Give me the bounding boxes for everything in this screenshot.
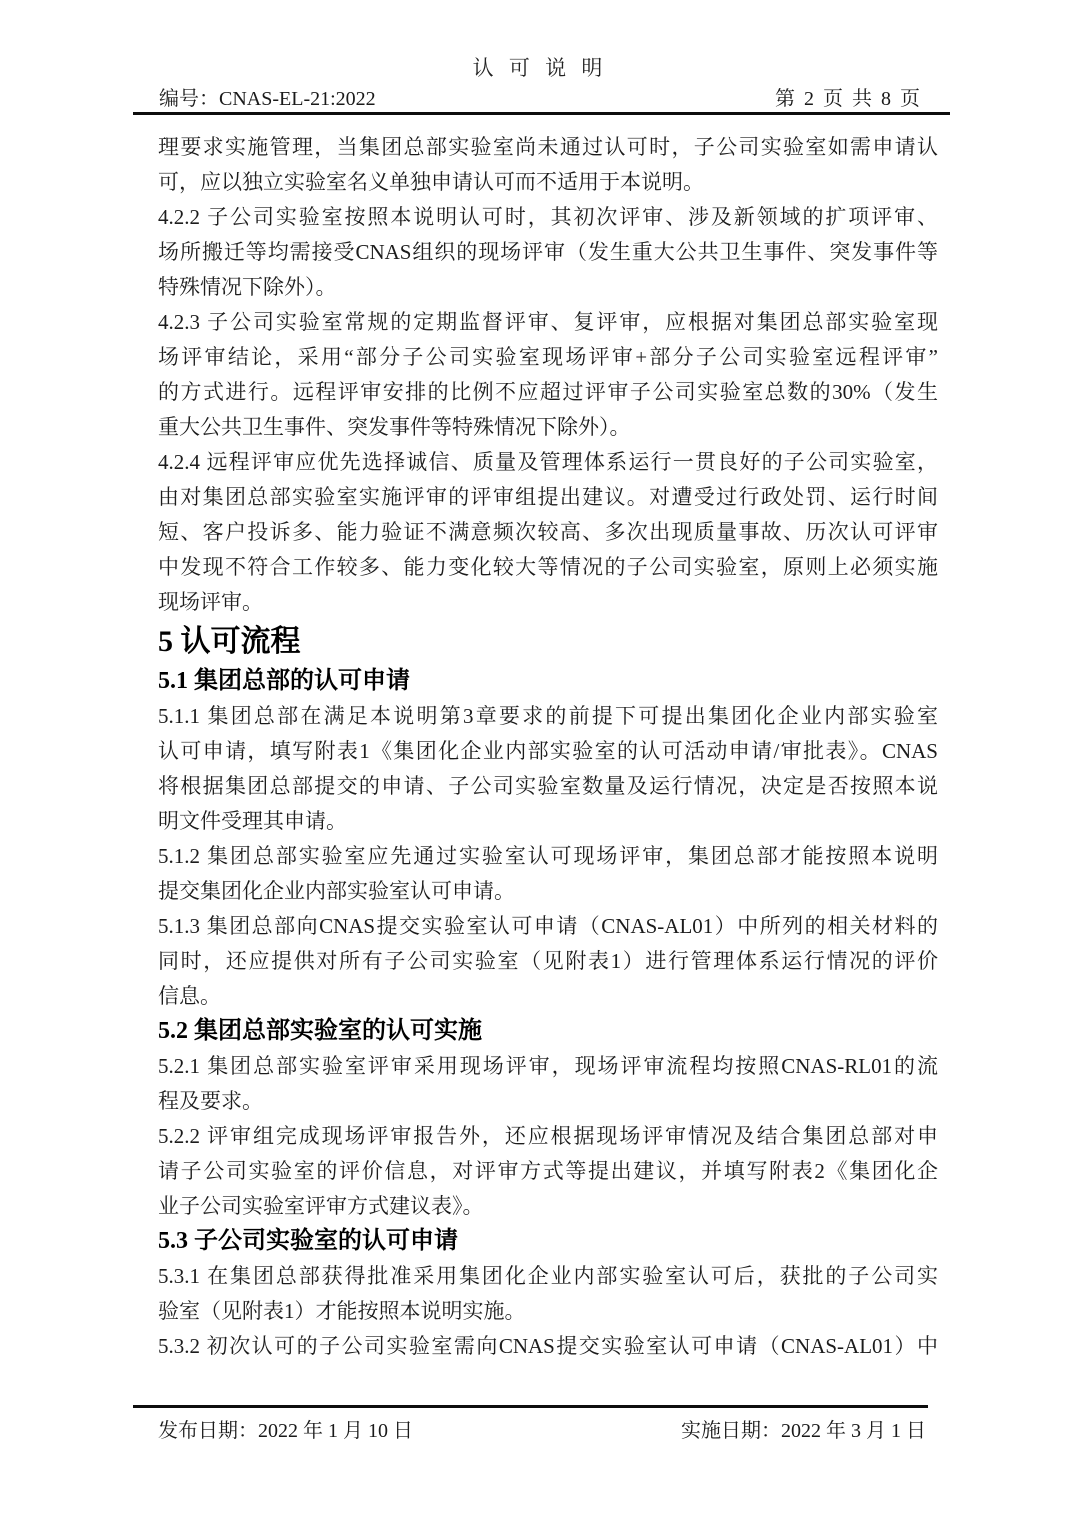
body-line: 5.1.1 集团总部在满足本说明第3章要求的前提下可提出集团化企业内部实验室 — [158, 699, 938, 734]
body-line: 同时，还应提供对所有子公司实验室（见附表1）进行管理体系运行情况的评价 — [158, 944, 938, 979]
document-header: 编号：CNAS-EL-21:2022 第 2 页 共 8 页 — [133, 82, 950, 111]
body-line: 理要求实施管理，当集团总部实验室尚未通过认可时，子公司实验室如需申请认 — [158, 130, 938, 165]
document-body: 理要求实施管理，当集团总部实验室尚未通过认可时，子公司实验室如需申请认可，应以独… — [158, 130, 938, 1364]
body-line: 中发现不符合工作较多、能力变化较大等情况的子公司实验室，原则上必须实施 — [158, 550, 938, 585]
body-line: 现场评审。 — [158, 585, 938, 620]
document-page: 认 可 说 明 编号：CNAS-EL-21:2022 第 2 页 共 8 页 理… — [0, 0, 1080, 1526]
body-line: 将根据集团总部提交的申请、子公司实验室数量及运行情况，决定是否按照本说 — [158, 769, 938, 804]
body-line: 验室（见附表1）才能按照本说明实施。 — [158, 1294, 938, 1329]
header-rule — [133, 112, 950, 115]
body-line: 5.3.1 在集团总部获得批准采用集团化企业内部实验室认可后，获批的子公司实 — [158, 1259, 938, 1294]
section-heading: 5 认可流程 — [158, 620, 938, 664]
body-line: 明文件受理其申请。 — [158, 804, 938, 839]
section-heading: 5.3 子公司实验室的认可申请 — [158, 1224, 938, 1259]
footer-rule — [133, 1405, 928, 1408]
body-line: 场所搬迁等均需接受CNAS组织的现场评审（发生重大公共卫生事件、突发事件等 — [158, 235, 938, 270]
body-line: 的方式进行。远程评审安排的比例不应超过评审子公司实验室总数的30%（发生 — [158, 375, 938, 410]
body-line: 场评审结论，采用“部分子公司实验室现场评审+部分子公司实验室远程评审” — [158, 340, 938, 375]
section-heading: 5.2 集团总部实验室的认可实施 — [158, 1014, 938, 1049]
body-line: 4.2.3 子公司实验室常规的定期监督评审、复评审，应根据对集团总部实验室现 — [158, 305, 938, 340]
body-line: 5.3.2 初次认可的子公司实验室需向CNAS提交实验室认可申请（CNAS-AL… — [158, 1329, 938, 1364]
document-number: 编号：CNAS-EL-21:2022 — [159, 82, 376, 111]
body-line: 可，应以独立实验室名义单独申请认可而不适用于本说明。 — [158, 165, 938, 200]
body-line: 重大公共卫生事件、突发事件等特殊情况下除外）。 — [158, 410, 938, 445]
page-indicator: 第 2 页 共 8 页 — [775, 82, 922, 111]
body-line: 提交集团化企业内部实验室认可申请。 — [158, 874, 938, 909]
body-line: 信息。 — [158, 979, 938, 1014]
body-line: 4.2.2 子公司实验室按照本说明认可时，其初次评审、涉及新领域的扩项评审、 — [158, 200, 938, 235]
body-line: 5.1.2 集团总部实验室应先通过实验室认可现场评审，集团总部才能按照本说明 — [158, 839, 938, 874]
body-line: 由对集团总部实验室实施评审的评审组提出建议。对遭受过行政处罚、运行时间 — [158, 480, 938, 515]
section-heading: 5.1 集团总部的认可申请 — [158, 664, 938, 699]
body-line: 程及要求。 — [158, 1084, 938, 1119]
implementation-date: 实施日期：2022 年 3 月 1 日 — [681, 1414, 926, 1443]
body-line: 5.2.1 集团总部实验室评审采用现场评审，现场评审流程均按照CNAS-RL01… — [158, 1049, 938, 1084]
body-line: 认可申请，填写附表1《集团化企业内部实验室的认可活动申请/审批表》。CNAS — [158, 734, 938, 769]
document-footer: 发布日期：2022 年 1 月 10 日 实施日期：2022 年 3 月 1 日 — [158, 1414, 926, 1443]
body-line: 特殊情况下除外）。 — [158, 270, 938, 305]
body-line: 5.1.3 集团总部向CNAS提交实验室认可申请（CNAS-AL01）中所列的相… — [158, 909, 938, 944]
document-title: 认 可 说 明 — [0, 52, 1080, 82]
body-line: 短、客户投诉多、能力验证不满意频次较高、多次出现质量事故、历次认可评审 — [158, 515, 938, 550]
issue-date: 发布日期：2022 年 1 月 10 日 — [158, 1414, 413, 1443]
body-line: 请子公司实验室的评价信息，对评审方式等提出建议，并填写附表2《集团化企 — [158, 1154, 938, 1189]
body-line: 业子公司实验室评审方式建议表》。 — [158, 1189, 938, 1224]
body-line: 5.2.2 评审组完成现场评审报告外，还应根据现场评审情况及结合集团总部对申 — [158, 1119, 938, 1154]
body-line: 4.2.4 远程评审应优先选择诚信、质量及管理体系运行一贯良好的子公司实验室， — [158, 445, 938, 480]
